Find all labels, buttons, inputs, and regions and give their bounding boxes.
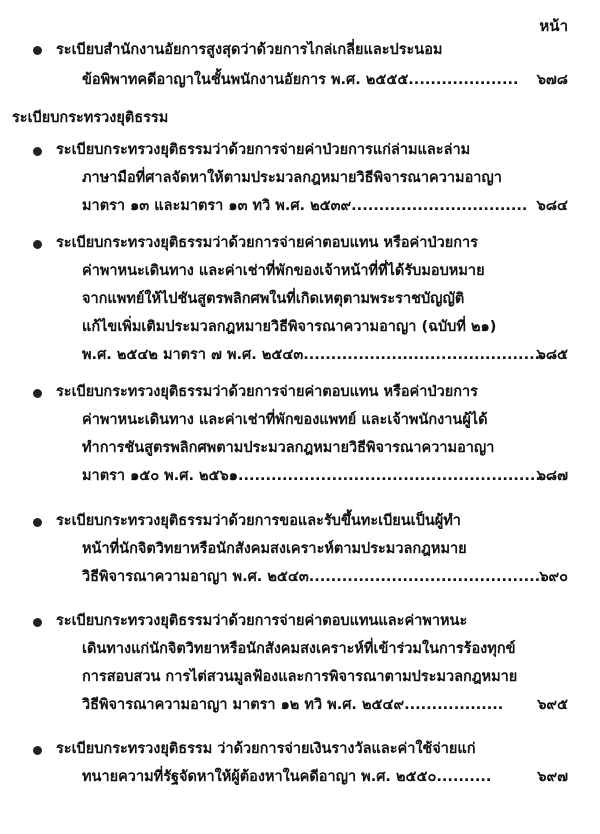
entry-title-line: ระเบียบกระทรวงยุติธรรมว่าด้วยการจ่ายค่าป…: [56, 140, 470, 160]
bullet-icon: [33, 240, 42, 249]
entry-title-line: ระเบียบกระทรวงยุติธรรมว่าด้วยการจ่ายค่าต…: [56, 611, 467, 631]
entry-title-line: แก้ไขเพิ่มเติมประมวลกฎหมายวิธีพิจารณาควา…: [82, 317, 496, 337]
section-heading: ระเบียบกระทรวงยุติธรรม: [12, 108, 168, 128]
bullet-icon: [33, 147, 42, 156]
page-number: ๖๙๗: [537, 767, 568, 787]
entry-title-line: ระเบียบสำนักงานอัยการสูงสุดว่าด้วยการไกล…: [56, 40, 442, 60]
page-number: ๖๙๐: [539, 567, 568, 587]
page-number: ๖๘๔: [537, 196, 568, 216]
entry-title-line: วิธีพิจารณาความอาญา พ.ศ. ๒๕๔๓...........…: [82, 567, 546, 587]
entry-title-line: วิธีพิจารณาความอาญา มาตรา ๑๒ ทวิ พ.ศ. ๒๕…: [82, 695, 503, 715]
entry-title-line: หน้าที่นักจิตวิทยาหรือนักสังคมสงเคราะห์ต…: [82, 539, 467, 559]
bullet-icon: [33, 746, 42, 755]
entry-title-line: ค่าพาหนะเดินทาง และค่าเช่าที่พักของแพทย์…: [82, 410, 488, 430]
bullet-icon: [33, 518, 42, 527]
entry-title-line: เดินทางแก่นักจิตวิทยาหรือนักสังคมสงเคราะ…: [82, 639, 516, 659]
entry-title-line: การสอบสวน การไต่สวนมูลฟ้องและการพิจารณาต…: [82, 667, 517, 687]
entry-title-line: ระเบียบกระทรวงยุติธรรม ว่าด้วยการจ่ายเงิ…: [56, 739, 476, 759]
entry-title-line: ระเบียบกระทรวงยุติธรรมว่าด้วยการขอและรับ…: [56, 511, 461, 531]
entry-title-line: ค่าพาหนะเดินทาง และค่าเช่าที่พักของเจ้าห…: [82, 261, 485, 281]
entry-title-line: มาตรา ๑๕๐ พ.ศ. ๒๕๖๑.....................…: [82, 466, 552, 486]
entry-title-line: มาตรา ๑๓ และมาตรา ๑๓ ทวิ พ.ศ. ๒๕๓๙......…: [82, 196, 527, 216]
page-column-header: หน้า: [539, 14, 568, 38]
entry-title-line: ระเบียบกระทรวงยุติธรรมว่าด้วยการจ่ายค่าต…: [56, 233, 478, 253]
entry-title-line: พ.ศ. ๒๕๔๒ มาตรา ๗ พ.ศ. ๒๕๔๓.............…: [82, 345, 546, 365]
bullet-icon: [33, 46, 42, 55]
entry-title-line: ภาษามือที่ศาลจัดหาให้ตามประมวลกฎหมายวิธี…: [82, 168, 502, 188]
page-number: ๖๙๕: [537, 695, 568, 715]
page-number: ๖๘๗: [537, 466, 568, 486]
entry-title-line: ทำการชันสูตรพลิกศพตามประมวลกฎหมายวิธีพิจ…: [82, 438, 494, 458]
page-number: ๖๘๕: [537, 345, 568, 365]
page-number: ๖๗๘: [537, 70, 568, 90]
bullet-icon: [33, 389, 42, 398]
entry-title-line: จากแพทย์ให้ไปชันสูตรพลิกศพในที่เกิดเหตุต…: [82, 289, 464, 309]
entry-title-line: ข้อพิพาทคดีอาญาในชั้นพนักงานอัยการ พ.ศ. …: [82, 70, 518, 90]
entry-title-line: ทนายความที่รัฐจัดหาให้ผู้ต้องหาในคดีอาญา…: [82, 767, 491, 787]
bullet-icon: [33, 618, 42, 627]
entry-title-line: ระเบียบกระทรวงยุติธรรมว่าด้วยการจ่ายค่าต…: [56, 382, 478, 402]
